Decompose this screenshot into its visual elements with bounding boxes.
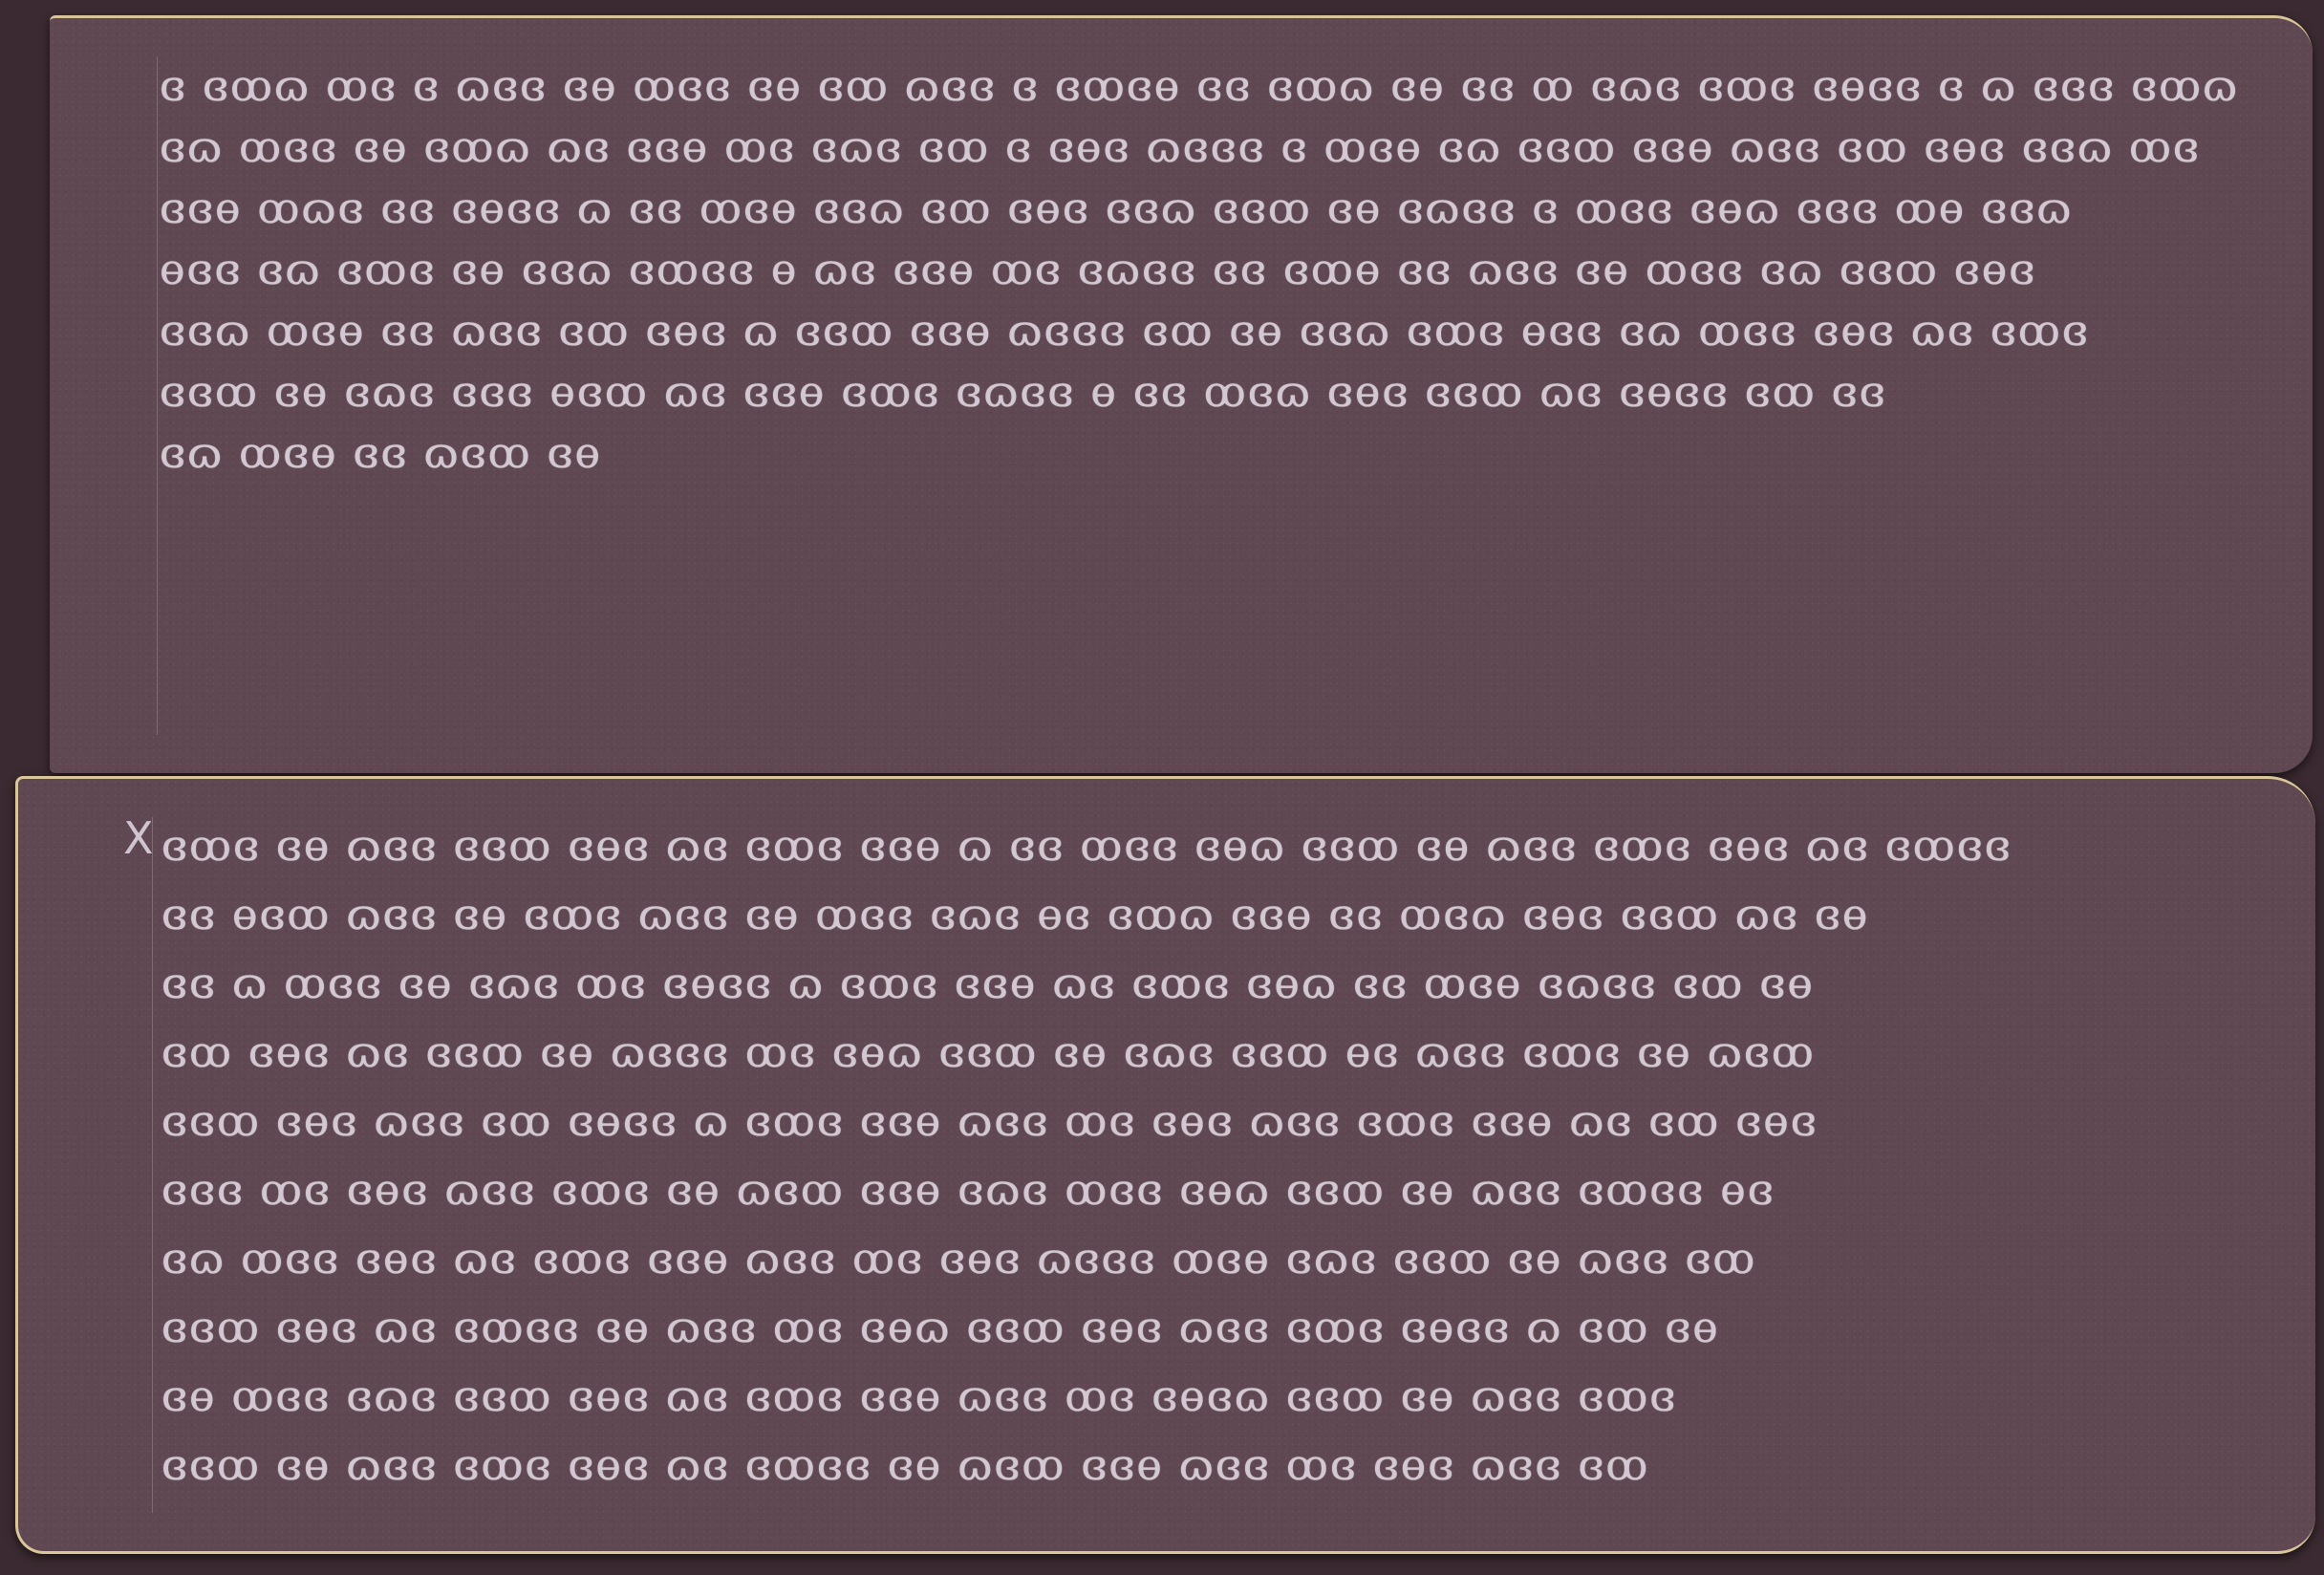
script-line: ɞɵ ꝏɞɞ ɞɷɞ ɞɞꝏ ɞɵɞ ɷɞ ɞꝏɞ ɞɞɵ ɷɞɞ ꝏɞ ɞɵɞ… — [161, 1363, 2249, 1432]
script-line: ɞɷ ꝏɞɵ ɞɞ ɷɞꝏ ɞɵ — [160, 423, 2246, 485]
script-line: ɞɞꝏ ɞɵ ɷɞɞ ɞꝏɞ ɞɵɞ ɷɞ ɞꝏɞɞ ɞɵ ɷɞꝏ ɞɞɵ ɷɞ… — [161, 1432, 2249, 1500]
folio-text-block: ɞꝏɞ ɞɵ ɷɞɞ ɞɞꝏ ɞɵɞ ɷɞ ɞꝏɞ ɞɞɵ ɷ ɞɞ ꝏɞɞ ɞ… — [161, 812, 2249, 1500]
script-line: ɞɞɞ ꝏɞ ɞɵɞ ɷɞɞ ɞꝏɞ ɞɵ ɷɞꝏ ɞɞɵ ɞɷɞ ꝏɞɞ ɞɵ… — [161, 1156, 2249, 1225]
manuscript-folio-bottom: X ɞꝏɞ ɞɵ ɷɞɞ ɞɞꝏ ɞɵɞ ɷɞ ɞꝏɞ ɞɞɵ ɷ ɞɞ ꝏɞɞ… — [15, 776, 2315, 1554]
script-line: ɞɷ ꝏɞɞ ɞɵ ɞꝏɷ ɷɞ ɞɞɵ ꝏɞ ɞɷɞ ɞꝏ ɞ ɞɵɞ ɷɞɞ… — [160, 118, 2246, 179]
margin-ruling — [152, 817, 153, 1513]
script-line: ɞꝏ ɞɵɞ ɷɞ ɞɞꝏ ɞɵ ɷɞɞɞ ꝏɞ ɞɵɷ ɞɞꝏ ɞɵ ɞɷɞ … — [161, 1019, 2249, 1088]
script-line: ɞɞ ɵɞꝏ ɷɞɞ ɞɵ ɞꝏɞ ɷɞɞ ɞɵ ꝏɞɞ ɞɷɞ ɵɞ ɞꝏɷ … — [161, 881, 2249, 950]
script-line: ɞɞꝏ ɞɵɞ ɷɞ ɞꝏɞɞ ɞɵ ɷɞɞ ꝏɞ ɞɵɷ ɞɞꝏ ɞɵɞ ɷɞ… — [161, 1294, 2249, 1363]
script-line: ɞɞɵ ꝏɷɞ ɞɞ ɞɵɞɞ ɷ ɞɞ ꝏɞɵ ɞɞɷ ɞꝏ ɞɵɞ ɞɞɷ … — [160, 179, 2246, 240]
margin-ruling — [157, 56, 158, 735]
marginal-cross-mark: X — [123, 812, 154, 864]
folio-text-block: ɞ ɞꝏɷ ꝏɞ ɞ ɷɞɞ ɞɵ ꝏɞɞ ɞɵ ɞꝏ ɷɞɞ ɞ ɞꝏɞɵ ɞ… — [160, 56, 2246, 485]
script-line: ɞɞ ɷ ꝏɞɞ ɞɵ ɞɷɞ ꝏɞ ɞɵɞɞ ɷ ɞꝏɞ ɞɞɵ ɷɞ ɞꝏɞ… — [161, 950, 2249, 1019]
script-line: ɞɞꝏ ɞɵɞ ɷɞɞ ɞꝏ ɞɵɞɞ ɷ ɞꝏɞ ɞɞɵ ɷɞɞ ꝏɞ ɞɵɞ… — [161, 1088, 2249, 1156]
script-line: ɞꝏɞ ɞɵ ɷɞɞ ɞɞꝏ ɞɵɞ ɷɞ ɞꝏɞ ɞɞɵ ɷ ɞɞ ꝏɞɞ ɞ… — [161, 812, 2249, 881]
script-line: ɵɞɞ ɞɷ ɞꝏɞ ɞɵ ɞɞɷ ɞꝏɞɞ ɵ ɷɞ ɞɞɵ ꝏɞ ɞɷɞɞ … — [160, 240, 2246, 301]
script-line: ɞɷ ꝏɞɞ ɞɵɞ ɷɞ ɞꝏɞ ɞɞɵ ɷɞɞ ꝏɞ ɞɵɞ ɷɞɞɞ ꝏɞ… — [161, 1225, 2249, 1294]
script-line: ɞ ɞꝏɷ ꝏɞ ɞ ɷɞɞ ɞɵ ꝏɞɞ ɞɵ ɞꝏ ɷɞɞ ɞ ɞꝏɞɵ ɞ… — [160, 56, 2246, 118]
manuscript-folio-top: ɞ ɞꝏɷ ꝏɞ ɞ ɷɞɞ ɞɵ ꝏɞɞ ɞɵ ɞꝏ ɷɞɞ ɞ ɞꝏɞɵ ɞ… — [50, 15, 2313, 773]
script-line: ɞɞꝏ ɞɵ ɞɷɞ ɞɞɞ ɵɞꝏ ɷɞ ɞɞɵ ɞꝏɞ ɞɷɞɞ ɵ ɞɞ … — [160, 362, 2246, 423]
script-line: ɞɞɷ ꝏɞɵ ɞɞ ɷɞɞ ɞꝏ ɞɵɞ ɷ ɞɞꝏ ɞɞɵ ɷɞɞɞ ɞꝏ … — [160, 301, 2246, 362]
